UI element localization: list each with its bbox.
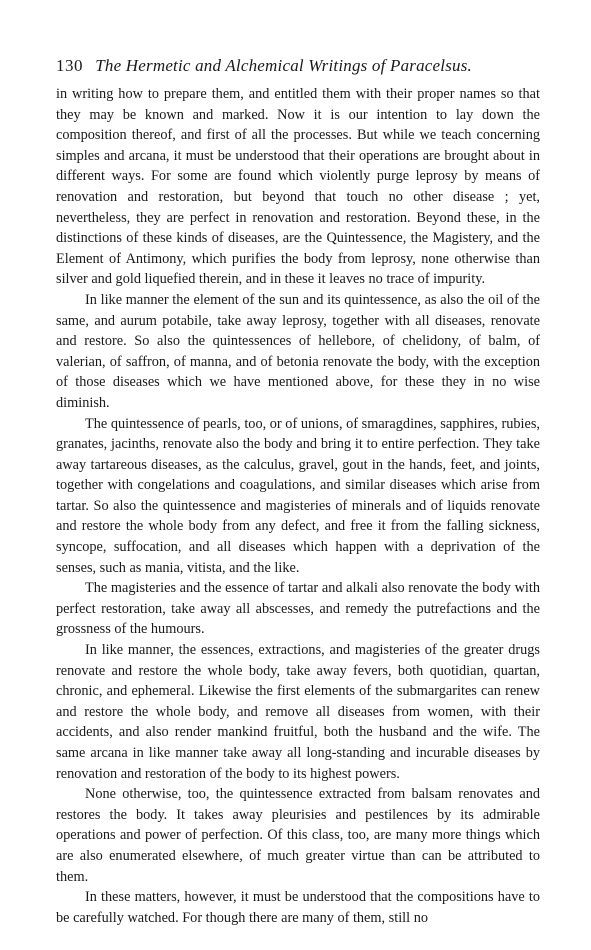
book-page: 130 The Hermetic and Alchemical Writings…	[56, 54, 540, 928]
paragraph: In like manner the element of the sun an…	[56, 290, 540, 414]
paragraph-continues: In these matters, however, it must be un…	[56, 887, 540, 928]
paragraph: In like manner, the essences, extraction…	[56, 640, 540, 784]
body-text: in writing how to prepare them, and enti…	[56, 84, 540, 928]
paragraph: The magisteries and the essence of tarta…	[56, 578, 540, 640]
paragraph-continued: in writing how to prepare them, and enti…	[56, 84, 540, 290]
paragraph: None otherwise, too, the quintessence ex…	[56, 784, 540, 887]
running-header: 130 The Hermetic and Alchemical Writings…	[56, 54, 540, 78]
page-number: 130	[56, 56, 83, 75]
paragraph: The quintessence of pearls, too, or of u…	[56, 414, 540, 579]
running-title: The Hermetic and Alchemical Writings of …	[95, 56, 472, 75]
